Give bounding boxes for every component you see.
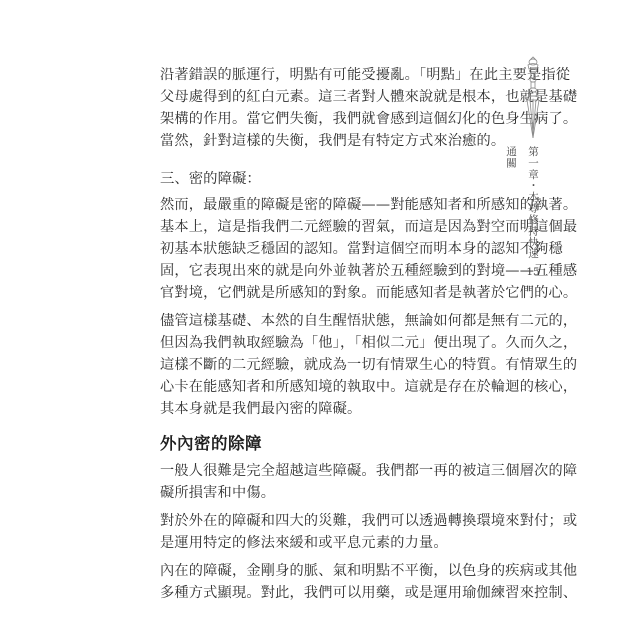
main-text-column: 沿著錯誤的脈運行，明點有可能受擾亂。「明點」在此主要是指從 父母處得到的紅白元素…	[160, 64, 505, 610]
paragraph-inner-obstacle-continued: 沿著錯誤的脈運行，明點有可能受擾亂。「明點」在此主要是指從 父母處得到的紅白元素…	[160, 64, 505, 152]
text-line: 父母處得到的紅白元素。這三者對人體來說就是根本，也就是基礎	[160, 86, 505, 108]
text-line: 然而，最嚴重的障礙是密的障礙——對能感知者和所感知的執著。	[160, 194, 505, 216]
running-header-margin: 第一章・本尊修持快速通關 15	[522, 56, 544, 278]
text-line: 內在的障礙，金剛身的脈、氣和明點不平衡，以色身的疾病或其他	[160, 560, 505, 582]
text-line: 一般人很難是完全超越這些障礙。我們都一再的被這三個層次的障	[160, 460, 505, 482]
text-line: 儘管這樣基礎、本然的自生醒悟狀態，無論如何都是無有二元的，	[160, 310, 505, 332]
text-line: 架構的作用。當它們失衡，我們就會感到這個幻化的色身生病了。	[160, 108, 505, 130]
phurba-dagger-icon	[522, 56, 544, 140]
text-line: 官對境，它們就是所感知的對象。而能感知者是執著於它們的心。	[160, 282, 505, 304]
book-page: 沿著錯誤的脈運行，明點有可能受擾亂。「明點」在此主要是指從 父母處得到的紅白元素…	[0, 0, 640, 640]
text-line: 其本身就是我們最內密的障礙。	[160, 398, 505, 420]
text-line: 礙所損害和中傷。	[160, 482, 505, 504]
text-line: 沿著錯誤的脈運行，明點有可能受擾亂。「明點」在此主要是指從	[160, 64, 505, 86]
paragraph-dualistic-experience: 儘管這樣基礎、本然的自生醒悟狀態，無論如何都是無有二元的， 但因為我們執取經驗為…	[160, 310, 505, 420]
text-line: 基本上，這是指我們二元經驗的習氣，而這是因為對空而明這個最	[160, 216, 505, 238]
text-line: 當然，針對這樣的失衡，我們是有特定方式來治癒的。	[160, 130, 505, 152]
text-line: 固，它表現出來的就是向外並執著於五種經驗到的對境——五種感	[160, 260, 505, 282]
text-line: 初基本狀態缺乏穩固的認知。當對這個空而明本身的認知不夠穩	[160, 238, 505, 260]
text-line: 心卡在能感知者和所感知境的執取中。這就是存在於輪迴的核心，	[160, 376, 505, 398]
paragraph-three-levels: 一般人很難是完全超越這些障礙。我們都一再的被這三個層次的障 礙所損害和中傷。	[160, 460, 505, 504]
section-heading-removing-obstacles: 外內密的除障	[160, 432, 505, 456]
text-line: 多種方式顯現。對此，我們可以用藥，或是運用瑜伽練習來控制、	[160, 582, 505, 604]
text-line: 是運用特定的修法來緩和或平息元素的力量。	[160, 532, 505, 554]
chapter-title: 第一章・本尊修持快速通關	[522, 146, 544, 262]
paragraph-inner-remedy: 內在的障礙，金剛身的脈、氣和明點不平衡，以色身的疾病或其他 多種方式顯現。對此，…	[160, 560, 505, 604]
text-line: 對於外在的障礙和四大的災難，我們可以透過轉換環境來對付；或	[160, 510, 505, 532]
page-number: 15	[522, 266, 544, 278]
text-line: 這樣不斷的二元經驗，就成為一切有情眾生心的特質。有情眾生的	[160, 354, 505, 376]
paragraph-outer-remedy: 對於外在的障礙和四大的災難，我們可以透過轉換環境來對付；或 是運用特定的修法來緩…	[160, 510, 505, 554]
paragraph-secret-obstacle: 然而，最嚴重的障礙是密的障礙——對能感知者和所感知的執著。 基本上，這是指我們二…	[160, 194, 505, 304]
subheading-secret-obstacle: 三、密的障礙：	[160, 168, 505, 190]
text-line: 但因為我們執取經驗為「他」，「相似二元」便出現了。久而久之，	[160, 332, 505, 354]
